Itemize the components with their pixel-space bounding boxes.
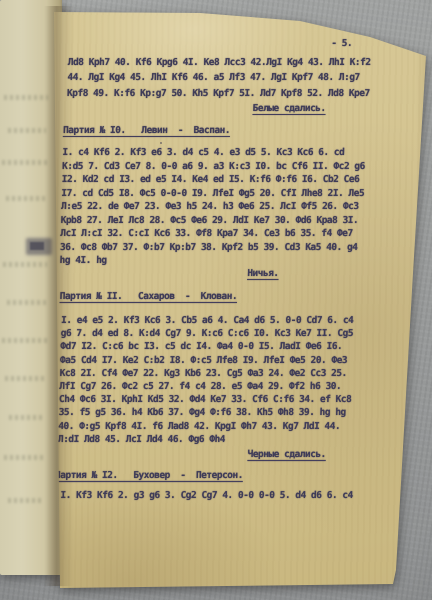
game-9-continuation-moves: Лd8 Крh7 40. Кf6 Крg6 4I. Кe8 Лcc3 42.Лg…	[67, 55, 371, 101]
game-10-result: Ничья.	[247, 268, 279, 279]
text-line: Л:e5 22. de Фe7 23. Фe3 h5 24. h3 Фe6 25…	[61, 200, 364, 214]
text-line: I. Кf3 Кf6 2. g3 g6 3. Сg2 Сg7 4. 0-0 0-…	[60, 489, 353, 502]
text-line: ЛcI Л:cI 32. С:cI Кc6 33. Фf8 Крa7 34. С…	[60, 227, 363, 241]
ink-bleed-mark	[2, 338, 48, 343]
text-line: Крf8 49. К:f6 Кр:g7 50. Кh5 Крf7 5I. Лd7…	[67, 86, 370, 101]
ink-bleed-mark	[8, 128, 46, 133]
text-line: Крb8 27. ЛeI Лc8 28. Фc5 Фe6 29. ЛdI Кe7…	[60, 214, 363, 228]
text-line: Л:dI Лd8 45. ЛcI Лd4 46. Фg6 Фh4	[58, 433, 351, 446]
ink-bleed-mark	[8, 498, 44, 503]
text-line: g6 7. d4 ed 8. К:d4 Сg7 9. К:c6 С:c6 I0.…	[61, 327, 354, 340]
text-line: I7. cd Сd5 I8. Фc5 0-0-0 I9. ЛfeI Фg5 20…	[61, 187, 364, 201]
text-line: Фa5 Сd4 I7. Кe2 С:b2 I8. Ф:c5 Лfe8 I9. Л…	[60, 354, 353, 367]
text-line: ЛfI Сg7 26. Фc2 c5 27. f4 c4 28. e5 Фa4 …	[59, 380, 352, 393]
ink-speck	[160, 142, 162, 144]
pen-dash-mark	[350, 28, 359, 31]
binding-fold-shadow	[44, 6, 74, 586]
game-11-result: Черные сдались.	[247, 449, 326, 460]
text-line: 44. ЛgI Кg4 45. ЛhI Кf6 46. a5 Лf3 47. Л…	[67, 70, 370, 85]
ink-bleed-mark	[3, 262, 47, 267]
ink-bleed-mark	[2, 160, 48, 165]
ink-bleed-mark	[5, 376, 47, 381]
ink-smudge-mark	[30, 242, 44, 250]
text-line: Кc8 2I. Сf4 Фe7 22. Кg3 Кb6 23. Сg5 Фa3 …	[59, 367, 352, 380]
ink-bleed-mark	[7, 300, 47, 305]
text-line: 40. Ф:g5 Крf8 4I. f6 Лad8 42. КрgI Фh7 4…	[58, 420, 351, 433]
page-number: - 5.	[331, 38, 352, 49]
text-line: К:d5 7. Сd3 Сe7 8. 0-0 a6 9. a3 К:c3 I0.…	[62, 160, 365, 174]
text-line: hg 4I. hg	[59, 254, 362, 268]
text-line: Лd8 Крh7 40. Кf6 Крg6 4I. Кe8 Лcc3 42.Лg…	[68, 55, 371, 70]
text-line: I. e4 e5 2. Кf3 Кc6 3. Сb5 a6 4. Сa4 d6 …	[61, 314, 354, 327]
ink-bleed-mark	[4, 95, 48, 100]
game-12-moves: I. Кf3 Кf6 2. g3 g6 3. Сg2 Сg7 4. 0-0 0-…	[60, 489, 353, 502]
game-10-moves: I. c4 Кf6 2. Кf3 e6 3. d4 c5 4. e3 d5 5.…	[59, 146, 365, 268]
game-11-heading: Партия № II. Сахаров - Клован.	[60, 291, 238, 302]
photographed-bulletin: - 5. Лd8 Крh7 40. Кf6 Крg6 4I. Кe8 Лcc3 …	[0, 0, 432, 600]
ink-bleed-mark	[4, 455, 46, 460]
game-11-moves: I. e4 e5 2. Кf3 Кc6 3. Сb5 a6 4. Сa4 d6 …	[58, 314, 354, 446]
text-line: I. c4 Кf6 2. Кf3 e6 3. d4 c5 4. e3 d5 5.…	[62, 146, 365, 160]
game-10-heading: Партия № I0. Левин - Васпан.	[63, 125, 230, 136]
ink-bleed-mark	[6, 196, 46, 201]
ink-bleed-mark	[9, 415, 45, 420]
text-line: 36. Фc8 Фb7 37. Ф:b7 Кр:b7 38. Крf2 b5 3…	[60, 241, 363, 255]
game-12-heading: Партия № I2. Буховер - Петерсон.	[55, 470, 243, 481]
open-booklet: - 5. Лd8 Крh7 40. Кf6 Крg6 4I. Кe8 Лcc3 …	[0, 0, 432, 600]
text-line: Фd7 I2. С:c6 bc I3. c5 dc I4. Фa4 0-0 I5…	[60, 340, 353, 353]
text-line: 35. f5 g5 36. h4 Кb6 37. Фg4 Ф:f6 38. Кh…	[58, 406, 351, 419]
previous-game-result: Белые сдались.	[252, 103, 325, 114]
ink-speck	[404, 36, 407, 39]
text-line: Сh4 Фc6 3I. КрhI Кd5 32. Фd4 Кe7 33. Сf6…	[59, 393, 352, 406]
text-line: I2. Кd2 cd I3. ed e5 I4. Кe4 ed I5. К:f6…	[62, 173, 365, 187]
